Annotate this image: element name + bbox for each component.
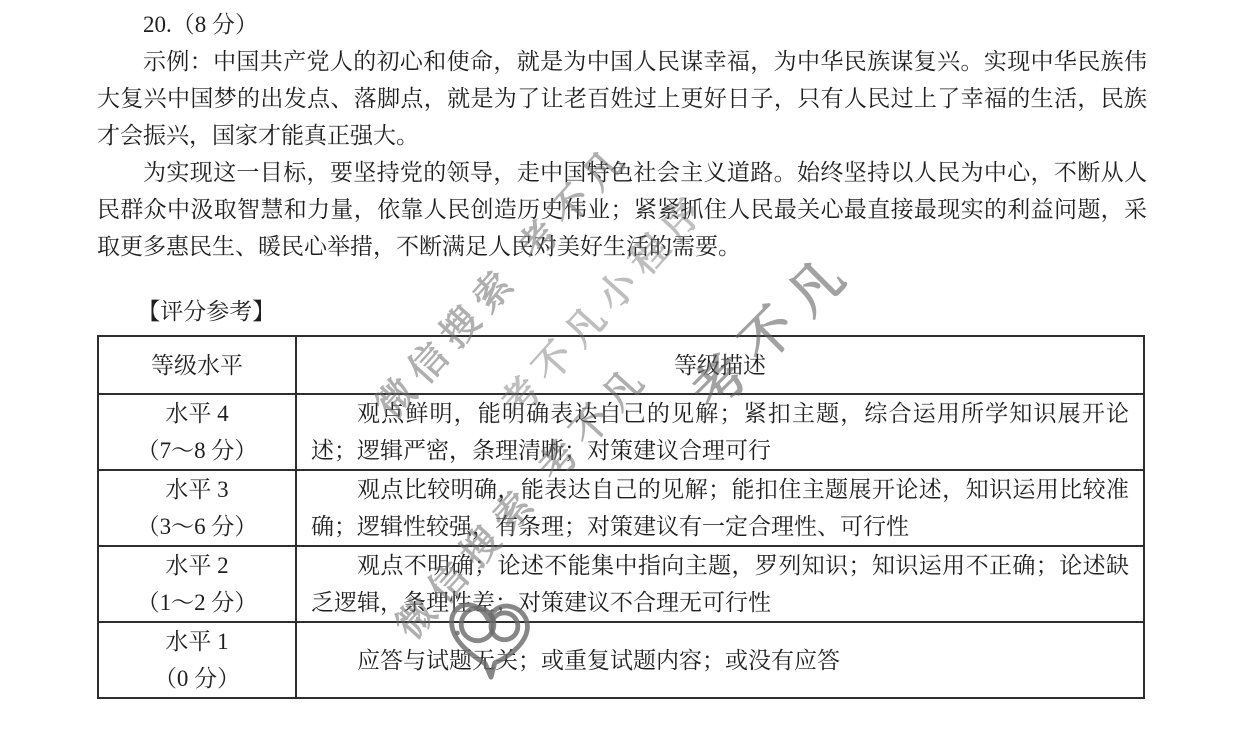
- rubric-heading: 【评分参考】: [97, 293, 1147, 330]
- scoring-rubric-table: 等级水平 等级描述 水平 4 （7～8 分） 观点鲜明，能明确表达自己的见解；紧…: [97, 335, 1145, 699]
- level-label: 水平 4: [103, 395, 291, 432]
- level-description: 应答与试题无关；或重复试题内容；或没有应答: [296, 622, 1144, 698]
- table-row: 水平 3 （3～6 分） 观点比较明确，能表达自己的见解；能扣住主题展开论述，知…: [98, 470, 1144, 546]
- level-label: 水平 1: [103, 623, 291, 660]
- sample-answer-paragraph-1: 示例：中国共产党人的初心和使命，就是为中国人民谋幸福，为中华民族谋复兴。实现中华…: [97, 43, 1147, 154]
- level-description: 观点比较明确，能表达自己的见解；能扣住主题展开论述，知识运用比较准确；逻辑性较强…: [296, 470, 1144, 546]
- table-row: 水平 2 （1～2 分） 观点不明确；论述不能集中指向主题，罗列知识；知识运用不…: [98, 546, 1144, 622]
- level-cell: 水平 1 （0 分）: [98, 622, 296, 698]
- level-score-range: （1～2 分）: [103, 584, 291, 621]
- level-cell: 水平 4 （7～8 分）: [98, 394, 296, 470]
- answer-key-content: 20.（8 分） 示例：中国共产党人的初心和使命，就是为中国人民谋幸福，为中华民…: [97, 6, 1147, 699]
- level-description: 观点不明确；论述不能集中指向主题，罗列知识；知识运用不正确；论述缺乏逻辑，条理性…: [296, 546, 1144, 622]
- header-level-column: 等级水平: [98, 336, 296, 394]
- level-description: 观点鲜明，能明确表达自己的见解；紧扣主题，综合运用所学知识展开论述；逻辑严密，条…: [296, 394, 1144, 470]
- header-description-column: 等级描述: [296, 336, 1144, 394]
- level-cell: 水平 2 （1～2 分）: [98, 546, 296, 622]
- question-number: 20.（8 分）: [97, 6, 1147, 43]
- level-label: 水平 3: [103, 471, 291, 508]
- table-header-row: 等级水平 等级描述: [98, 336, 1144, 394]
- document-page: 20.（8 分） 示例：中国共产党人的初心和使命，就是为中国人民谋幸福，为中华民…: [0, 0, 1242, 730]
- sample-answer-paragraph-2: 为实现这一目标，要坚持党的领导，走中国特色社会主义道路。始终坚持以人民为中心，不…: [97, 154, 1147, 265]
- level-score-range: （3～6 分）: [103, 508, 291, 545]
- level-score-range: （0 分）: [103, 660, 291, 697]
- level-cell: 水平 3 （3～6 分）: [98, 470, 296, 546]
- table-row: 水平 4 （7～8 分） 观点鲜明，能明确表达自己的见解；紧扣主题，综合运用所学…: [98, 394, 1144, 470]
- table-row: 水平 1 （0 分） 应答与试题无关；或重复试题内容；或没有应答: [98, 622, 1144, 698]
- level-label: 水平 2: [103, 547, 291, 584]
- level-score-range: （7～8 分）: [103, 432, 291, 469]
